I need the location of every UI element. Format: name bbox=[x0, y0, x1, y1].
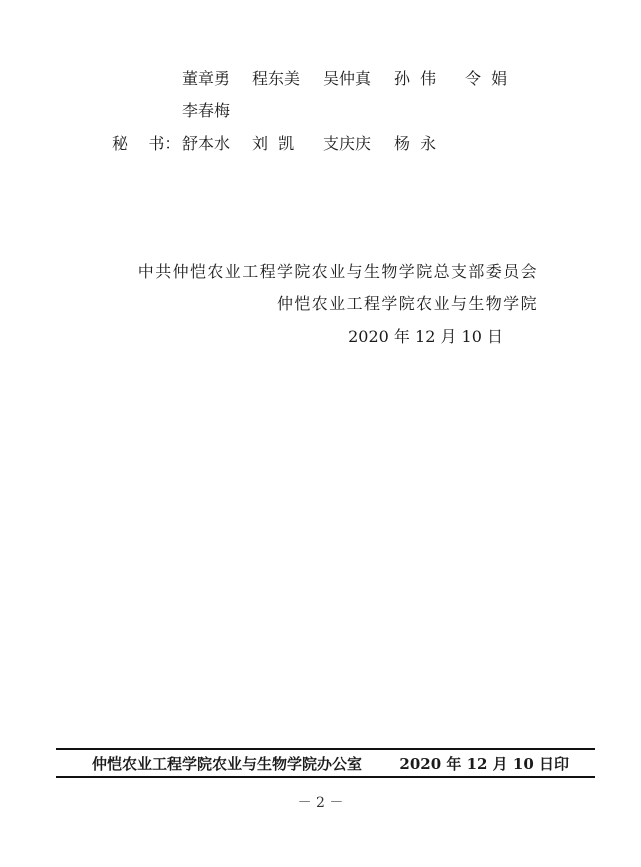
member-name: 吴仲真 bbox=[323, 69, 371, 89]
member-name: 程东美 bbox=[252, 69, 300, 89]
secretary-name: 支庆庆 bbox=[323, 134, 371, 154]
member-name: 孙 伟 bbox=[394, 69, 436, 89]
member-name: 董章勇 bbox=[182, 69, 230, 89]
signing-date: 2020 年 12 月 10 日 bbox=[348, 327, 503, 347]
member-name: 令 娟 bbox=[465, 69, 507, 89]
member-name: 李春梅 bbox=[182, 101, 230, 121]
page-number: － 2 － bbox=[0, 794, 641, 812]
signing-org-party-committee: 中共仲恺农业工程学院农业与生物学院总支部委员会 bbox=[138, 262, 538, 282]
print-date: 2020 年 12 月 10 日印 bbox=[399, 754, 569, 774]
issuer-office: 仲恺农业工程学院农业与生物学院办公室 bbox=[92, 754, 362, 774]
footer-top-rule bbox=[56, 748, 595, 750]
secretary-name: 刘 凯 bbox=[252, 134, 294, 154]
footer-bottom-rule bbox=[56, 776, 595, 778]
secretary-name: 杨 永 bbox=[394, 134, 436, 154]
secretary-label: 秘 书： bbox=[112, 134, 180, 154]
secretary-name: 舒本水 bbox=[182, 134, 230, 154]
signing-org-college: 仲恺农业工程学院农业与生物学院 bbox=[277, 294, 538, 314]
